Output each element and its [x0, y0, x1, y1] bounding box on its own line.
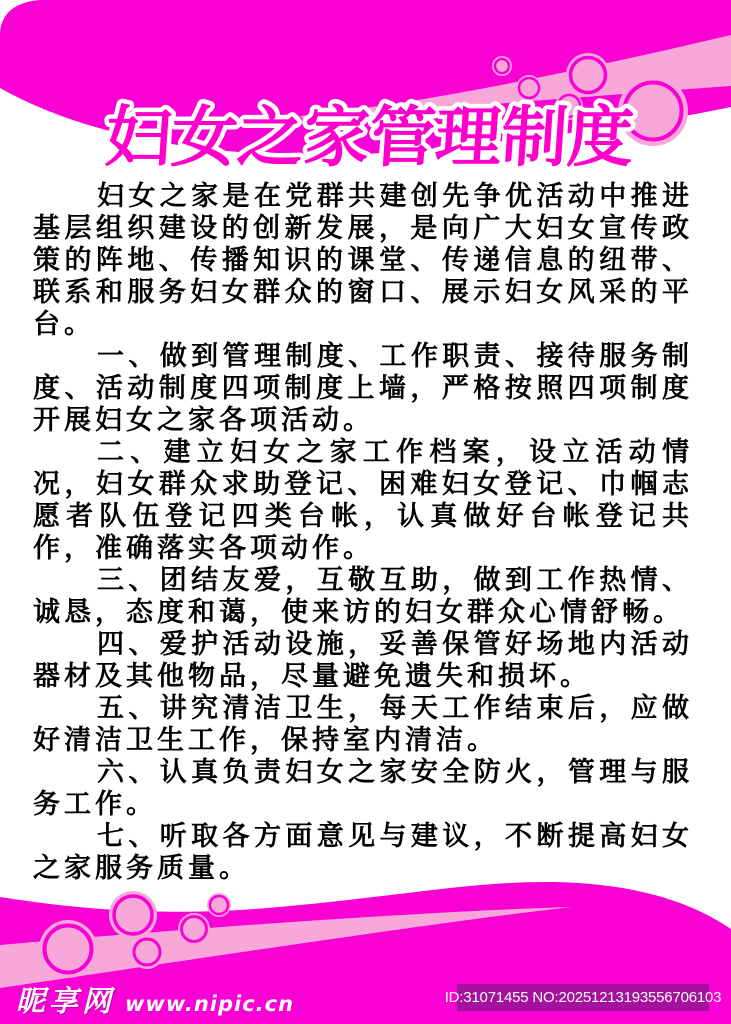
decor-circle: [516, 75, 542, 101]
site-url: www.nipic.cn: [125, 992, 294, 1016]
decor-circle: [130, 935, 164, 969]
decor-circle: [39, 920, 97, 978]
decor-circle: [207, 893, 231, 917]
rule-paragraph-4: 四、爱护活动设施，妥善保管好场地内活动器材及其他物品，尽量避免遗失和损坏。: [33, 629, 693, 693]
site-logo: 昵享网 www.nipic.cn: [16, 979, 294, 1020]
intro-paragraph: 妇女之家是在党群共建创先争优活动中推进基层组织建设的创新发展，是向广大妇女宣传政…: [33, 181, 693, 341]
poster-title-group: 妇女之家管理制度: [103, 99, 636, 176]
top-decor: 妇女之家管理制度: [0, 0, 731, 205]
decor-circle: [566, 53, 610, 97]
rule-paragraph-1: 一、做到管理制度、工作职责、接待服务制度、活动制度四项制度上墙，严格按照四项制度…: [33, 341, 693, 437]
poster-page: 妇女之家管理制度 妇女之家是在党群共建创先争优活动中推进基层组织建设的创新发展，…: [0, 0, 731, 1024]
rule-paragraph-2: 二、建立妇女之家工作档案，设立活动情况，妇女群众求助登记、困难妇女登记、巾帼志愿…: [33, 437, 693, 565]
rules-text-block: 妇女之家是在党群共建创先争优活动中推进基层组织建设的创新发展，是向广大妇女宣传政…: [33, 181, 693, 885]
image-id-badge: ID:31071455 NO:20251213193556706103: [457, 984, 709, 1011]
rule-paragraph-5: 五、讲究清洁卫生，每天工作结束后，应做好清洁卫生工作，保持室内清洁。: [33, 693, 693, 757]
site-name: 昵享网: [16, 979, 115, 1020]
decor-circle: [178, 913, 210, 945]
decor-circle: [492, 56, 512, 76]
poster-title: 妇女之家管理制度: [103, 99, 636, 176]
rule-paragraph-6: 六、认真负责妇女之家安全防火，管理与服务工作。: [33, 757, 693, 821]
decor-circle: [109, 891, 157, 939]
rule-paragraph-3: 三、团结友爱，互敬互助，做到工作热情、诚恳，态度和蔼，使来访的妇女群众心情舒畅。: [33, 565, 693, 629]
